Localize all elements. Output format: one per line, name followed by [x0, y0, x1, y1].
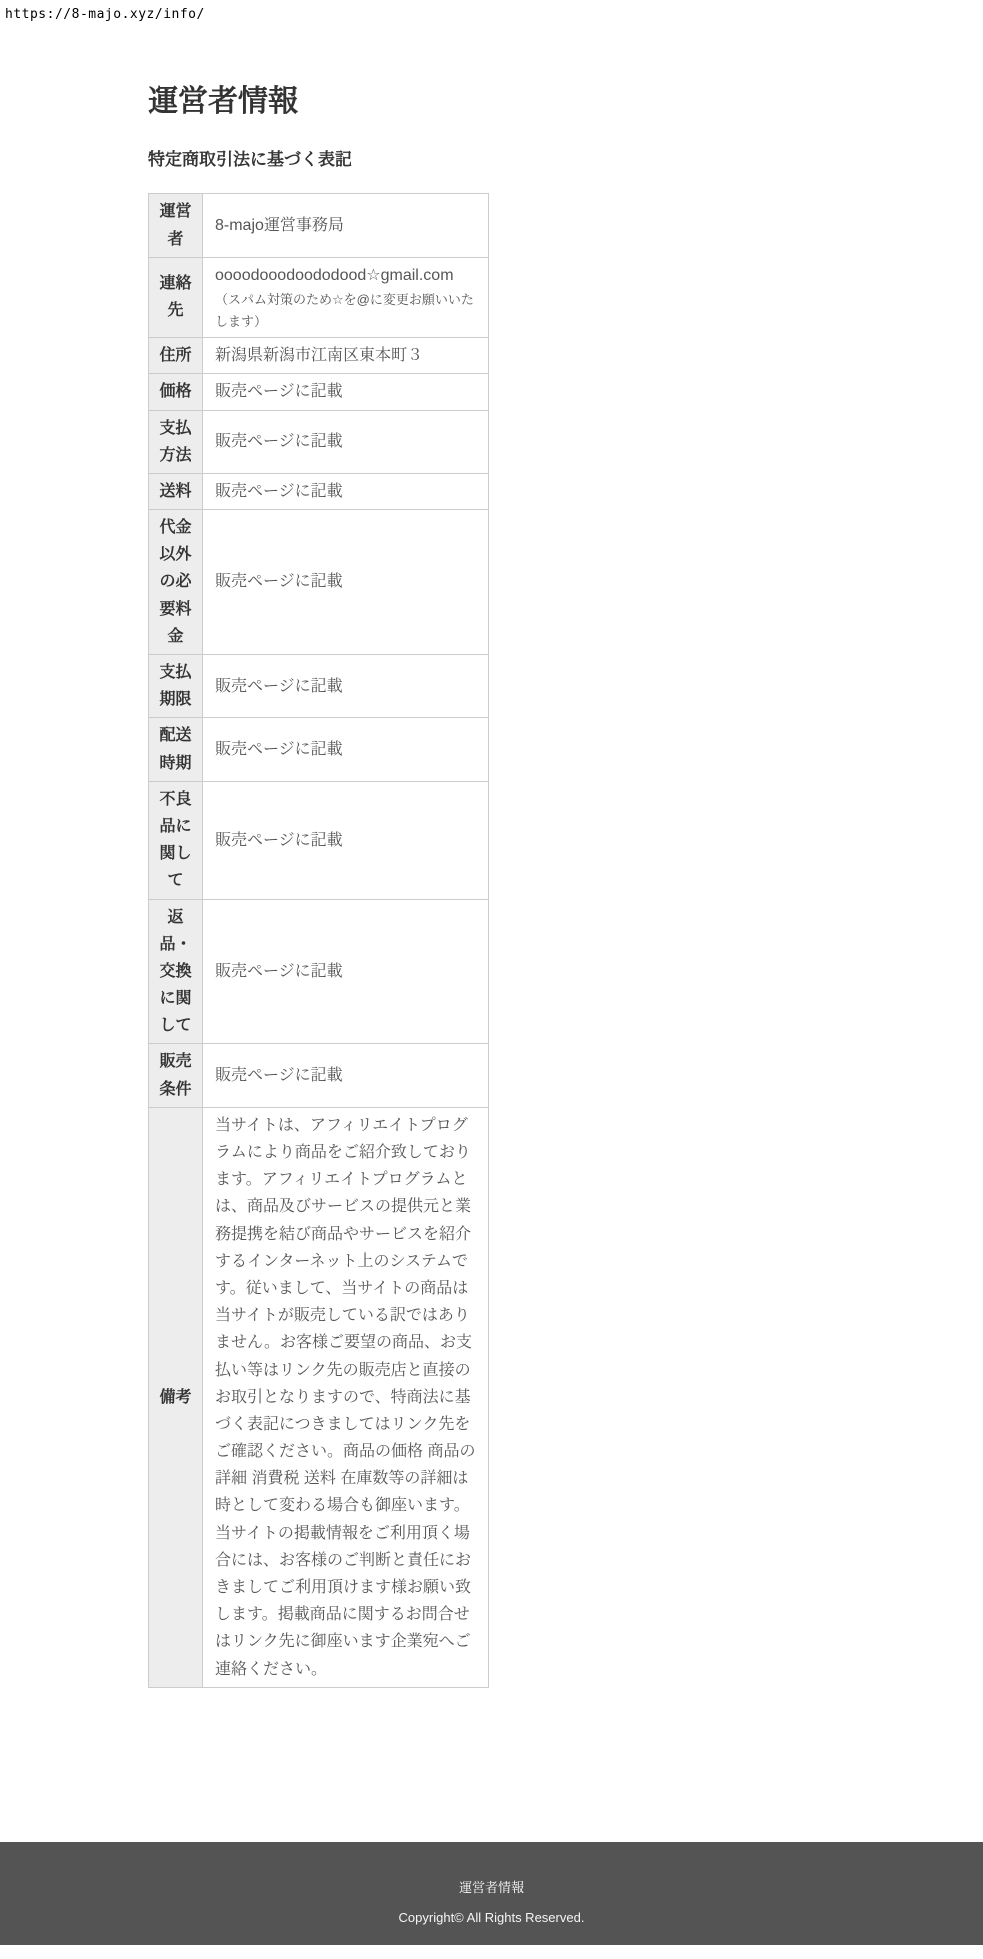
row-value-text: 販売ページに記載 — [215, 383, 343, 400]
row-value: 販売ページに記載 — [203, 510, 489, 655]
row-value-text: 販売ページに記載 — [215, 741, 343, 758]
row-value: 販売ページに記載 — [203, 718, 489, 781]
footer: 運営者情報 Copyright© All Rights Reserved. — [0, 1842, 983, 1945]
row-value-text: 新潟県新潟市江南区東本町３ — [215, 347, 423, 364]
table-row: 備考当サイトは、アフィリエイトプログラムにより商品をご紹介致しております。アフィ… — [149, 1107, 489, 1687]
row-value: 8-majo運営事務局 — [203, 194, 489, 257]
row-value: 販売ページに記載 — [203, 781, 489, 899]
row-value: 新潟県新潟市江南区東本町３ — [203, 338, 489, 374]
row-value-text: 8-majo運営事務局 — [215, 217, 344, 234]
table-row: 販売条件販売ページに記載 — [149, 1044, 489, 1107]
row-value-text: 販売ページに記載 — [215, 678, 343, 695]
row-value-text: 販売ページに記載 — [215, 963, 343, 980]
row-label: 連絡先 — [149, 257, 203, 337]
row-value-text: 販売ページに記載 — [215, 433, 343, 450]
row-value-text: 販売ページに記載 — [215, 832, 343, 849]
table-row: 住所新潟県新潟市江南区東本町３ — [149, 338, 489, 374]
row-label: 支払期限 — [149, 655, 203, 718]
row-value: 販売ページに記載 — [203, 473, 489, 509]
row-value: oooodooodoododood☆gmail.com（スパム対策のため☆を@に… — [203, 257, 489, 337]
row-label: 送料 — [149, 473, 203, 509]
row-label: 価格 — [149, 374, 203, 410]
page-title: 運営者情報 — [148, 84, 848, 120]
row-value: 販売ページに記載 — [203, 410, 489, 473]
row-value: 販売ページに記載 — [203, 655, 489, 718]
row-label: 支払方法 — [149, 410, 203, 473]
row-value-text: 当サイトは、アフィリエイトプログラムにより商品をご紹介致しております。アフィリエ… — [215, 1117, 475, 1678]
table-row: 連絡先oooodooodoododood☆gmail.com（スパム対策のため☆… — [149, 257, 489, 337]
row-value-text: 販売ページに記載 — [215, 1067, 343, 1084]
row-value-text: oooodooodoododood☆gmail.com — [215, 267, 454, 284]
row-label: 備考 — [149, 1107, 203, 1687]
table-row: 返品・交換に関して販売ページに記載 — [149, 899, 489, 1044]
table-row: 不良品に関して販売ページに記載 — [149, 781, 489, 899]
row-value: 販売ページに記載 — [203, 374, 489, 410]
row-value-text: 販売ページに記載 — [215, 573, 343, 590]
table-row: 運営者8-majo運営事務局 — [149, 194, 489, 257]
row-value: 当サイトは、アフィリエイトプログラムにより商品をご紹介致しております。アフィリエ… — [203, 1107, 489, 1687]
table-row: 代金以外の必要料金販売ページに記載 — [149, 510, 489, 655]
row-label: 返品・交換に関して — [149, 899, 203, 1044]
row-value-note: （スパム対策のため☆を@に変更お願いいたします） — [215, 289, 476, 333]
row-label: 住所 — [149, 338, 203, 374]
table-row: 支払期限販売ページに記載 — [149, 655, 489, 718]
main-content: 運営者情報 特定商取引法に基づく表記 運営者8-majo運営事務局連絡先oooo… — [148, 84, 848, 1688]
row-label: 代金以外の必要料金 — [149, 510, 203, 655]
row-label: 運営者 — [149, 194, 203, 257]
section-subtitle: 特定商取引法に基づく表記 — [148, 150, 848, 170]
commercial-transactions-table: 運営者8-majo運営事務局連絡先oooodooodoododood☆gmail… — [148, 193, 489, 1687]
row-label: 配送時期 — [149, 718, 203, 781]
table-row: 配送時期販売ページに記載 — [149, 718, 489, 781]
copyright-text: Copyright© All Rights Reserved. — [0, 1910, 983, 1925]
row-label: 販売条件 — [149, 1044, 203, 1107]
table-row: 送料販売ページに記載 — [149, 473, 489, 509]
table-row: 支払方法販売ページに記載 — [149, 410, 489, 473]
row-value: 販売ページに記載 — [203, 1044, 489, 1107]
row-value: 販売ページに記載 — [203, 899, 489, 1044]
page-url: https://8-majo.xyz/info/ — [5, 7, 205, 22]
table-row: 価格販売ページに記載 — [149, 374, 489, 410]
footer-nav-link-info[interactable]: 運営者情報 — [459, 1877, 524, 1896]
row-value-text: 販売ページに記載 — [215, 483, 343, 500]
row-label: 不良品に関して — [149, 781, 203, 899]
